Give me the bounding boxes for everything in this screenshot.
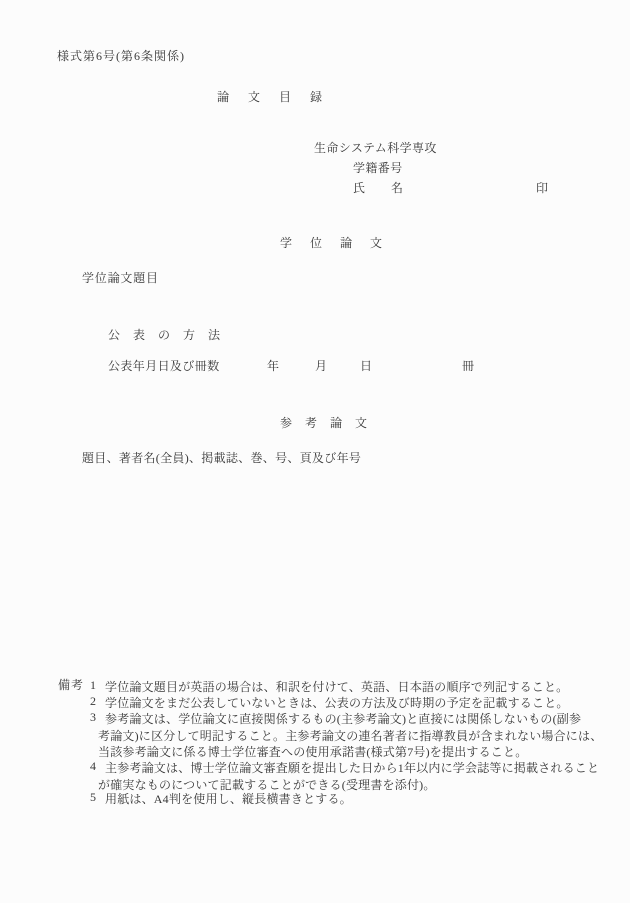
note-line-continuation: が確実なものについて記載することができる(受理書を添付)。 bbox=[0, 776, 630, 790]
note-number: 4 bbox=[90, 759, 96, 774]
note-line: 5 用紙は、A4判を使用し、縦長横書きとする。 bbox=[0, 790, 630, 804]
reference-instruction: 題目、著者名(全員)、掲載誌、巻、号、頁及び年号 bbox=[82, 451, 361, 465]
note-line: 4 主参考論文は、博士学位論文審査願を提出した日から1年以内に学会誌等に掲載され… bbox=[0, 759, 630, 773]
seal-mark-label: 印 bbox=[536, 181, 548, 195]
note-line: 2 学位論文をまだ公表していないときは、公表の方法及び時期の予定を記載すること。 bbox=[0, 694, 630, 708]
note-text: 主参考論文は、博士学位論文審査願を提出した日から1年以内に学会誌等に掲載されるこ… bbox=[105, 759, 599, 776]
form-number: 様式第6号(第6条関係) bbox=[57, 49, 185, 63]
publication-date-label: 公表年月日及び冊数 bbox=[108, 359, 220, 373]
note-line: 3 参考論文は、学位論文に直接関係するもの(主参考論文)と直接には関係しないもの… bbox=[0, 710, 630, 724]
student-id-label: 学籍番号 bbox=[353, 161, 403, 175]
publication-method-label: 公表の方法 bbox=[108, 328, 233, 342]
page-title: 論文目録 bbox=[217, 90, 341, 104]
note-line-continuation: 考論文)に区分して明記すること。主参考論文の連名著者に指導教員が含まれない場合に… bbox=[0, 727, 630, 741]
note-line-continuation: 当該参考論文に係る博士学位審査への使用承諾書(様式第7号)を提出すること。 bbox=[0, 743, 630, 757]
reference-section-title: 参考論文 bbox=[280, 416, 380, 430]
note-text: 用紙は、A4判を使用し、縦長横書きとする。 bbox=[105, 790, 352, 807]
thesis-section-title: 学位論文 bbox=[280, 236, 400, 250]
thesis-title-label: 学位論文題目 bbox=[82, 271, 159, 285]
document-page: 様式第6号(第6条関係) 論文目録 生命システム科学専攻 学籍番号 氏名 印 学… bbox=[0, 0, 630, 903]
note-number: 3 bbox=[90, 710, 96, 725]
note-text: 学位論文をまだ公表していないときは、公表の方法及び時期の予定を記載すること。 bbox=[105, 694, 569, 711]
note-text: 学位論文題目が英語の場合は、和訳を付けて、英語、日本語の順序で列記すること。 bbox=[105, 678, 568, 695]
note-text: 当該参考論文に係る博士学位審査への使用承諾書(様式第7号)を提出すること。 bbox=[98, 743, 527, 760]
note-number: 1 bbox=[90, 678, 96, 693]
note-number: 5 bbox=[90, 790, 96, 805]
year-label: 年 bbox=[267, 359, 279, 373]
note-text: 参考論文は、学位論文に直接関係するもの(主参考論文)と直接には関係しないもの(副… bbox=[105, 710, 581, 727]
note-text: 考論文)に区分して明記すること。主参考論文の連名著者に指導教員が含まれない場合に… bbox=[98, 727, 602, 744]
department-name: 生命システム科学専攻 bbox=[314, 141, 437, 155]
name-label: 氏名 bbox=[353, 181, 429, 195]
day-label: 日 bbox=[360, 359, 372, 373]
volume-count-label: 冊 bbox=[462, 359, 474, 373]
note-number: 2 bbox=[90, 694, 96, 709]
month-label: 月 bbox=[315, 359, 327, 373]
note-line: 1 学位論文題目が英語の場合は、和訳を付けて、英語、日本語の順序で列記すること。 bbox=[0, 678, 630, 692]
